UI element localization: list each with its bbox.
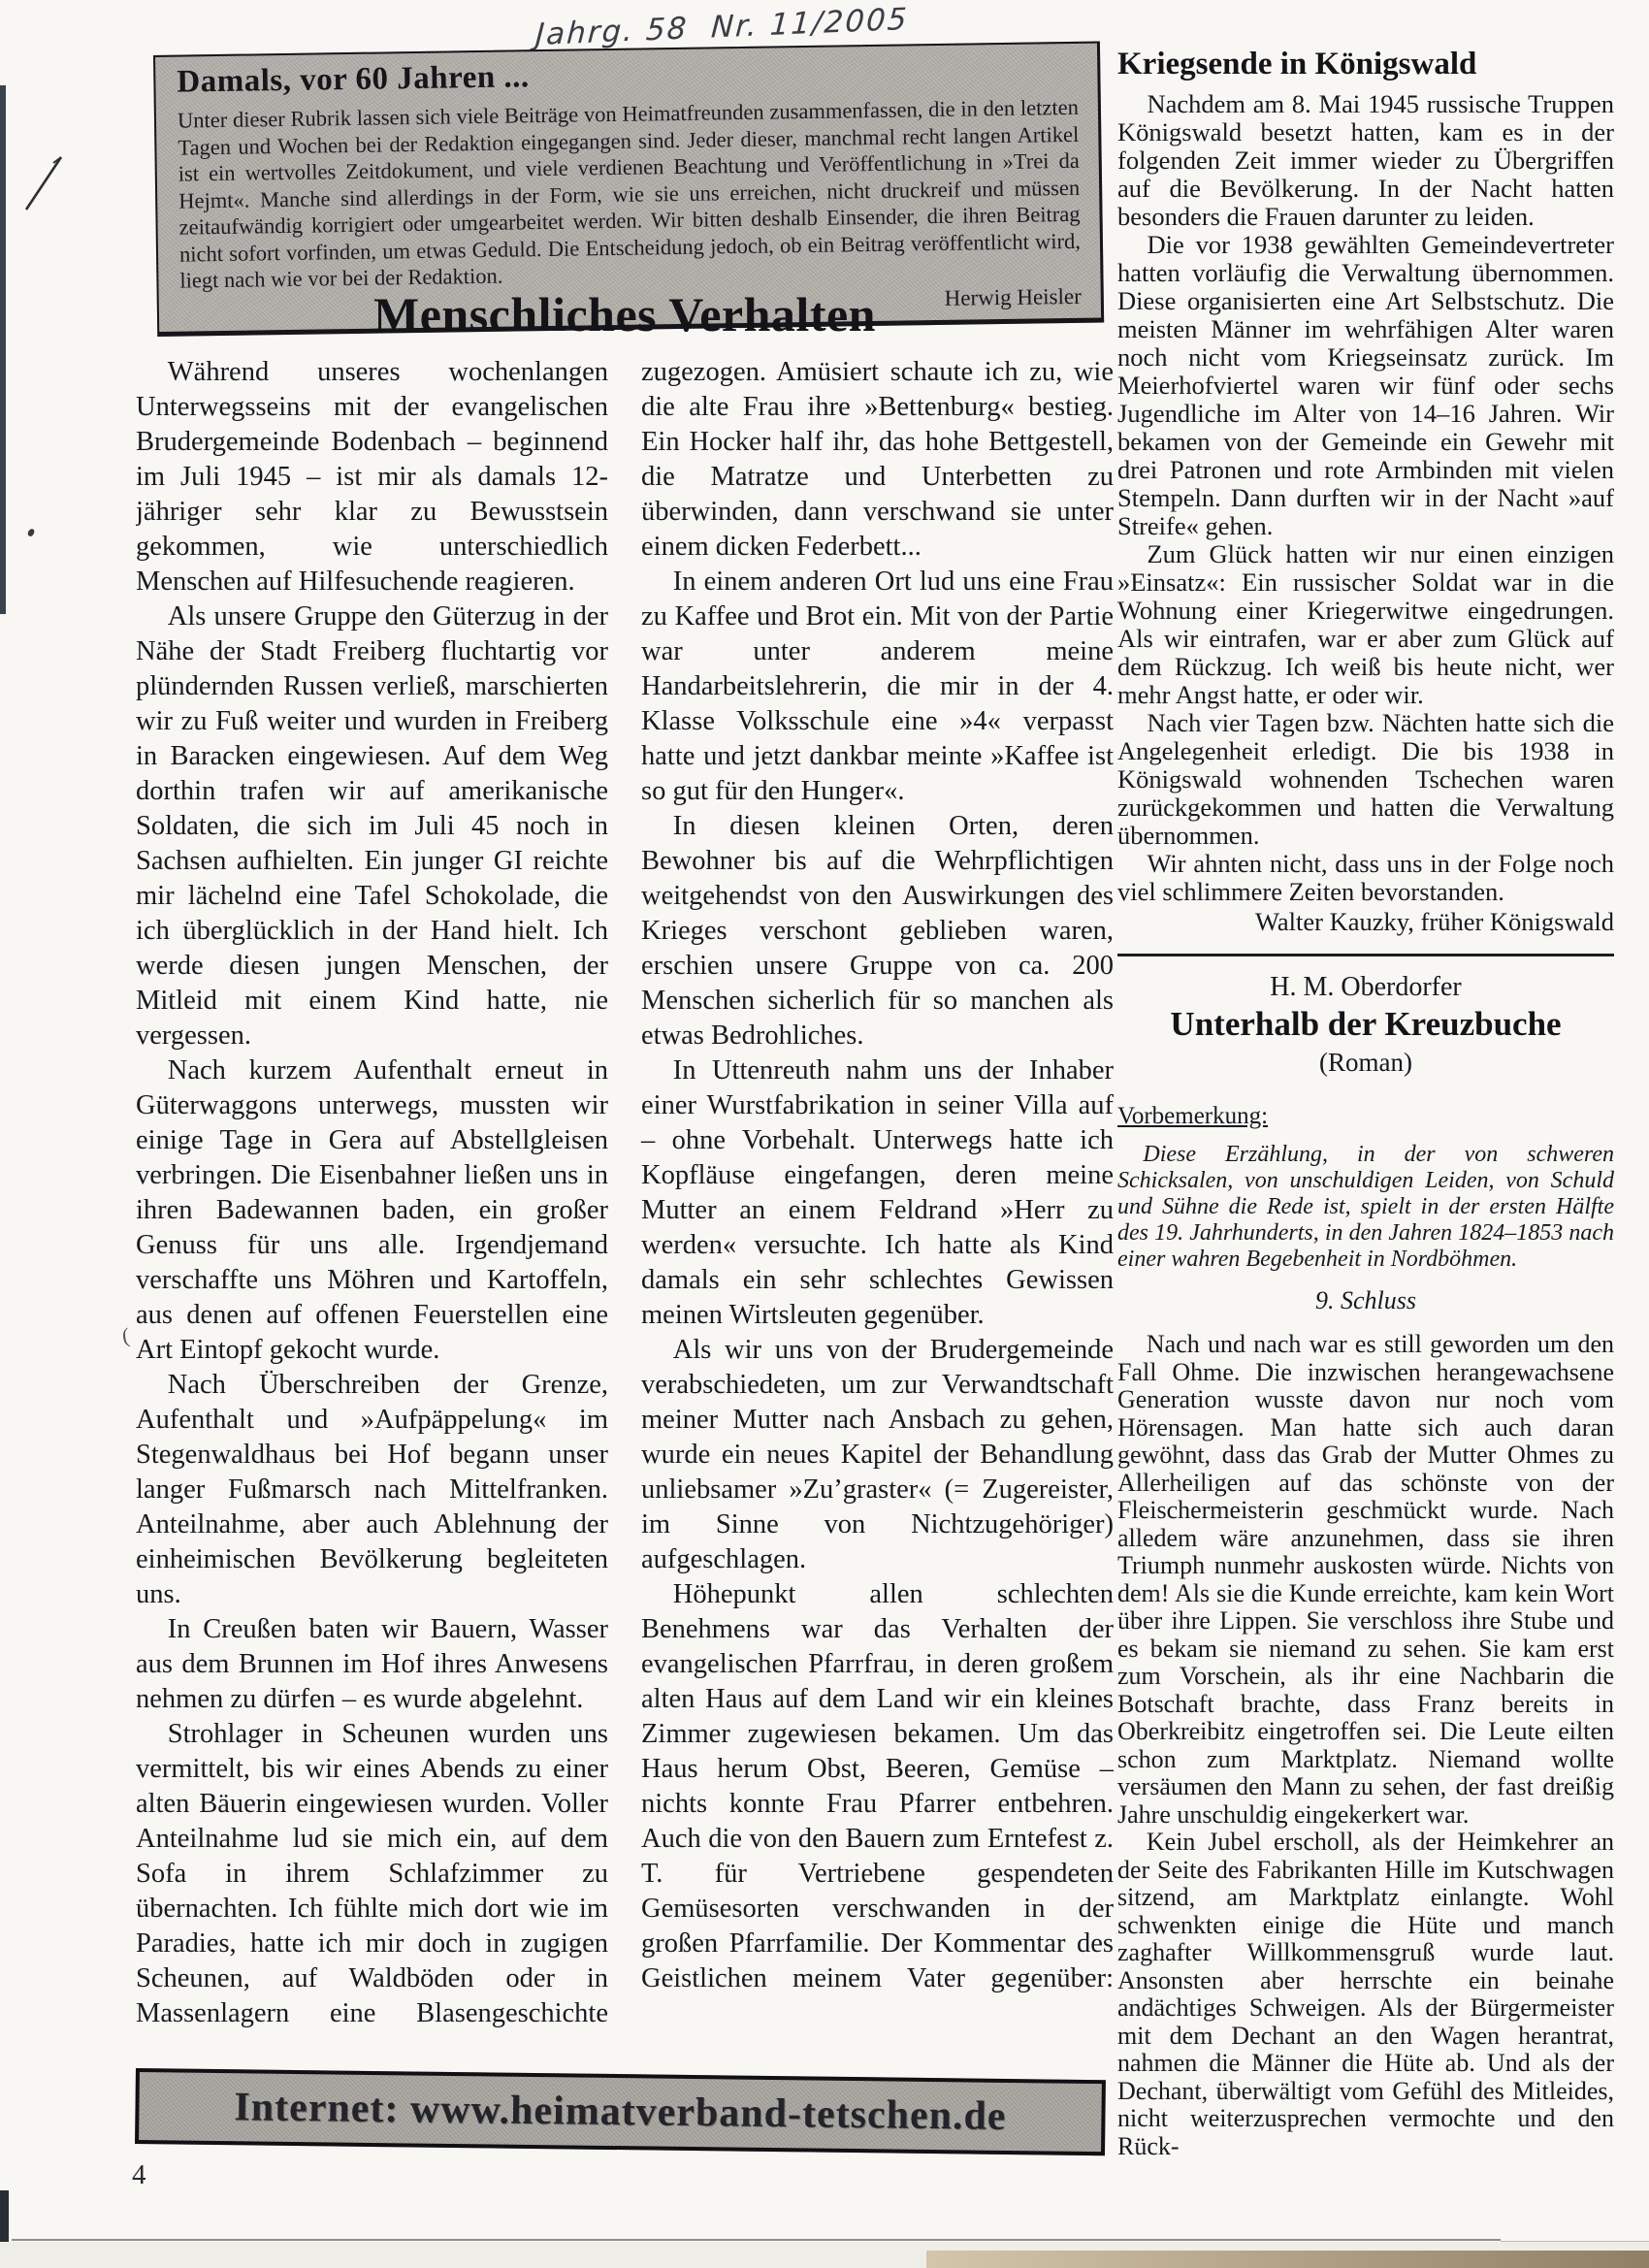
article-koenigswald-title: Kriegsende in Königswald <box>1117 47 1614 82</box>
paragraph: Als wir uns von der Brudergemeinde verab… <box>641 1333 1114 1577</box>
novel-paragraphs: Nach und nach war es still geworden um d… <box>1117 1331 1614 2160</box>
ink-dot-artifact <box>27 528 35 537</box>
paragraph: Nachdem am 8. Mai 1945 russische Truppen… <box>1117 90 1614 231</box>
article-koenigswald-signature: Walter Kauzky, früher Königswald <box>1117 908 1614 936</box>
paragraph: Während unseres wochenlangen Unterwegsse… <box>136 355 608 599</box>
novel-chapter-heading: 9. Schluss <box>1117 1286 1614 1315</box>
paragraph: Als unsere Gruppe den Güterzug in der Nä… <box>136 599 608 1053</box>
paragraph: Die vor 1938 gewählten Gemeindevertreter… <box>1117 231 1614 540</box>
paragraph: In Creußen baten wir Bauern, Wasser aus … <box>136 1612 608 1717</box>
paragraph: Nach Überschreiben der Grenze, Aufenthal… <box>136 1368 608 1612</box>
novel-title: Unterhalb der Kreuzbuche <box>1117 1005 1614 1044</box>
paragraph: Kein Jubel erscholl, als der Heimkehrer … <box>1117 1829 1614 2160</box>
scan-bottom-edge-band <box>926 2251 1649 2268</box>
pen-stroke-artifact <box>21 151 70 215</box>
paragraph: Wir ahnten nicht, dass uns in der Folge … <box>1117 850 1614 906</box>
paragraph: Zum Glück hatten wir nur einen einzigen … <box>1117 540 1614 709</box>
internet-url-text: Internet: www.heimatverband-tetschen.de <box>234 2084 1007 2140</box>
paragraph: Nach kurzem Aufenthalt erneut in Güterwa… <box>136 1053 608 1368</box>
novel-preliminary-note: Diese Erzählung, in der von schweren Sch… <box>1117 1142 1614 1273</box>
scan-edge-artifact <box>0 85 6 614</box>
novel-author: H. M. Oberdorfer <box>1117 972 1614 1003</box>
internet-url-banner: Internet: www.heimatverband-tetschen.de <box>135 2068 1106 2155</box>
paragraph: In einem anderen Ort lud uns eine Frau z… <box>641 565 1114 809</box>
article-main-columns: Während unseres wochenlangen Unterwegsse… <box>136 355 1114 2055</box>
article-main-paragraphs: Während unseres wochenlangen Unterwegsse… <box>136 355 1114 2055</box>
article-koenigswald-paragraphs: Nachdem am 8. Mai 1945 russische Truppen… <box>1117 90 1614 906</box>
novel-note-label: Vorbemerkung: <box>1117 1103 1614 1130</box>
page-number: 4 <box>132 2159 146 2191</box>
article-koenigswald: Kriegsende in Königswald Nachdem am 8. M… <box>1117 47 1614 936</box>
info-box-body: Unter dieser Rubrik lassen sich viele Be… <box>178 94 1082 294</box>
paragraph: In Uttenreuth nahm uns der Inhaber einer… <box>641 1053 1114 1333</box>
article-main-title: Menschliches Verhalten <box>136 286 1114 342</box>
novel-section: H. M. Oberdorfer Unterhalb der Kreuzbuch… <box>1117 972 1614 2160</box>
info-box-title: Damals, vor 60 Jahren ... <box>177 51 1078 101</box>
paragraph: Nach und nach war es still geworden um d… <box>1117 1331 1614 1829</box>
scanned-newsletter-page: ( Jahrg. 58 Nr. 11/2005 Damals, vor 60 J… <box>0 0 1649 2268</box>
margin-mark-artifact: ( <box>120 1323 131 1349</box>
scan-bottom-line <box>12 2239 1501 2241</box>
section-divider <box>1117 954 1614 956</box>
paragraph: In diesen kleinen Orten, deren Bewohner … <box>641 809 1114 1053</box>
paragraph: Nach vier Tagen bzw. Nächten hatte sich … <box>1117 709 1614 850</box>
novel-subtitle: (Roman) <box>1117 1048 1614 1078</box>
right-column: Kriegsende in Königswald Nachdem am 8. M… <box>1117 47 1614 2160</box>
